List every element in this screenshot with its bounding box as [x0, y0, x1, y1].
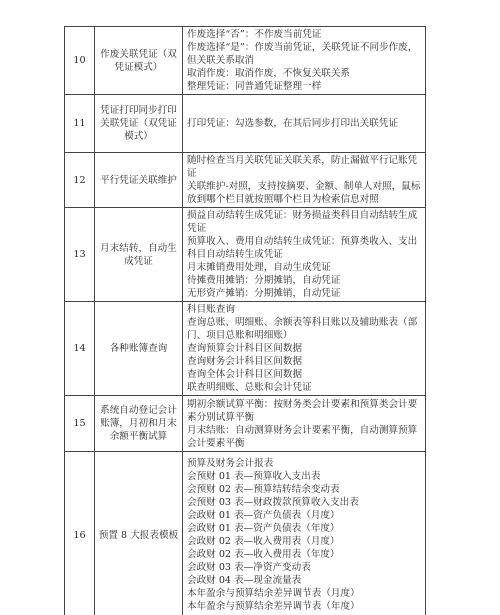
table-row: 13 月末结转，自动生成凭证 损益自动结转生成凭证：财务损益类科目自动结转生成凭… [65, 208, 426, 302]
feature-table: 10 作废关联凭证（双凭证模式） 作废选择“否”：不作废当前凭证 作废选择“是”… [64, 26, 426, 615]
row-number: 15 [65, 396, 95, 452]
detail-line: 查询总账、明细账、余额表等科目账以及辅助账表（部门、项目总账和明细账） [187, 316, 422, 342]
row-number: 13 [65, 208, 95, 302]
detail-line: 会政财 01 表—资产负债表（月度） [187, 509, 422, 522]
detail-line: 随时检查当月关联凭证关联关系，防止漏做平行记账凭证 [187, 154, 422, 180]
detail-line: 预算收入、费用自动结转生成凭证：预算类收入、支出科目自动结转生成凭证 [187, 235, 422, 261]
detail-line: 会政财 03 表—净资产变动表 [187, 561, 422, 574]
table-row: 16 预置 8 大报表模板 预算及财务会计报表 会预财 01 表—预算收入支出表… [65, 452, 426, 615]
table-row: 15 系统自动登记会计账簿，月初和月末余额平衡试算 期初余额试算平衡：按财务类会… [65, 396, 426, 452]
feature-name: 平行凭证关联维护 [95, 153, 183, 208]
row-number: 12 [65, 153, 95, 208]
table-row: 12 平行凭证关联维护 随时检查当月关联凭证关联关系，防止漏做平行记账凭证 关联… [65, 153, 426, 208]
feature-name: 作废关联凭证（双凭证模式） [95, 27, 183, 95]
detail-line: 月末结账：自动测算财务会计要素平衡，自动测算预算会计要素平衡 [187, 424, 422, 450]
feature-details: 打印凭证：勾选参数，在其后同步打印出关联凭证 [183, 95, 426, 153]
feature-name: 凭证打印同步打印关联凭证（双凭证模式） [95, 95, 183, 153]
detail-line: 会政财 02 表—收入费用表（月度） [187, 535, 422, 548]
feature-name: 各种账簿查询 [95, 302, 183, 396]
detail-line: 查询全体会计科目区间数据 [187, 368, 422, 381]
feature-name: 预置 8 大报表模板 [95, 452, 183, 615]
detail-line: 会预财 02 表—预算结转结余变动表 [187, 483, 422, 496]
detail-line: 会预财 03 表—财政拨款预算收入支出表 [187, 496, 422, 509]
detail-line: 关联维护-对照，支持按摘要、金额、制单人对照，鼠标放到哪个栏目就按照哪个栏目为检… [187, 180, 422, 206]
detail-line: 会政财 04 表—现金流量表 [187, 574, 422, 587]
detail-line: 损益自动结转生成凭证：财务损益类科目自动结转生成凭证 [187, 209, 422, 235]
feature-details: 随时检查当月关联凭证关联关系，防止漏做平行记账凭证 关联维护-对照，支持按摘要、… [183, 153, 426, 208]
detail-line: 打印凭证：勾选参数，在其后同步打印出关联凭证 [187, 117, 422, 130]
detail-line: 科目账查询 [187, 303, 422, 316]
feature-details: 作废选择“否”：不作废当前凭证 作废选择“是”：作废当前凭证，关联凭证不同步作废… [183, 27, 426, 95]
feature-details: 预算及财务会计报表 会预财 01 表—预算收入支出表 会预财 02 表—预算结转… [183, 452, 426, 615]
detail-line: 会政财 01 表—资产负债表（年度） [187, 522, 422, 535]
feature-details: 损益自动结转生成凭证：财务损益类科目自动结转生成凭证 预算收入、费用自动结转生成… [183, 208, 426, 302]
detail-line: 整理凭证：同普通凭证整理一样 [187, 80, 422, 93]
table-row: 11 凭证打印同步打印关联凭证（双凭证模式） 打印凭证：勾选参数，在其后同步打印… [65, 95, 426, 153]
feature-name: 系统自动登记会计账簿，月初和月末余额平衡试算 [95, 396, 183, 452]
detail-line: 期初余额试算平衡：按财务类会计要素和预算类会计要素分别试算平衡 [187, 398, 422, 424]
row-number: 16 [65, 452, 95, 615]
feature-name: 月末结转，自动生成凭证 [95, 208, 183, 302]
detail-line: 会政财 02 表—收入费用表（年度） [187, 548, 422, 561]
detail-line: 作废选择“是”：作废当前凭证，关联凭证不同步作废，但关联关系取消 [187, 41, 422, 67]
detail-line: 查询财务会计科目区间数据 [187, 355, 422, 368]
feature-details: 科目账查询 查询总账、明细账、余额表等科目账以及辅助账表（部门、项目总账和明细账… [183, 302, 426, 396]
row-number: 10 [65, 27, 95, 95]
detail-line: 查询预算会计科目区间数据 [187, 342, 422, 355]
detail-line: 本年盈余与预算结余差异调节表（月度） [187, 587, 422, 600]
table-row: 10 作废关联凭证（双凭证模式） 作废选择“否”：不作废当前凭证 作废选择“是”… [65, 27, 426, 95]
detail-line: 月末摊销费用处理，自动生成凭证 [187, 261, 422, 274]
detail-line: 无形资产摊销：分期摊销，自动凭证 [187, 287, 422, 300]
detail-line: 本年盈余与预算结余差异调节表（年度） [187, 600, 422, 613]
detail-line: 待摊费用摊销：分期摊销，自动凭证 [187, 274, 422, 287]
detail-line: 预算及财务会计报表 [187, 457, 422, 470]
detail-line: 作废选择“否”：不作废当前凭证 [187, 28, 422, 41]
row-number: 11 [65, 95, 95, 153]
detail-line: 联查明细账、总账和会计凭证 [187, 381, 422, 394]
feature-details: 期初余额试算平衡：按财务类会计要素和预算类会计要素分别试算平衡 月末结账：自动测… [183, 396, 426, 452]
row-number: 14 [65, 302, 95, 396]
detail-line: 取消作废：取消作废，不恢复关联关系 [187, 67, 422, 80]
detail-line: 会预财 01 表—预算收入支出表 [187, 470, 422, 483]
table-row: 14 各种账簿查询 科目账查询 查询总账、明细账、余额表等科目账以及辅助账表（部… [65, 302, 426, 396]
